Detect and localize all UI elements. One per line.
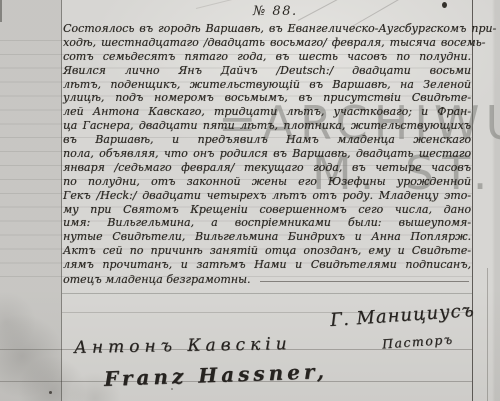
record-body: Состоялось въ городѣ Варшавѣ, въ Евангел… [63, 22, 471, 286]
manuscript-line: Явился лично Янъ Дайчъ /Deutsch:/ двадца… [63, 64, 471, 78]
manuscript-line: пола, объявляя, что онъ родился въ Варша… [63, 147, 471, 161]
manuscript-line: отецъ младенца безграмотны. [63, 272, 471, 286]
witness-signature-1: Антонъ Кавскіи [74, 334, 292, 358]
page-edge-mark [0, 0, 2, 22]
ruled-line [62, 293, 472, 294]
manuscript-line: лей Антона Кавскаго, тридцати лѣтъ, учас… [63, 105, 471, 119]
manuscript-line: лѣтъ, поденщикъ, жительствующій въ Варша… [63, 78, 471, 92]
manuscript-line: лямъ прочитанъ, и затѣмъ Нами и Свидѣтел… [63, 258, 471, 272]
paper-crease [298, 0, 382, 21]
right-margin-rule [472, 0, 473, 401]
manuscript-line: января /седьмаго февраля/ текущаго года,… [63, 161, 471, 175]
manuscript-line: Актъ сей по причинѣ занятій отца опоздан… [63, 244, 471, 258]
ink-blot [442, 2, 447, 8]
manuscript-line: Гекъ /Heck:/ двадцати четырехъ лѣтъ отъ … [63, 189, 471, 203]
manuscript-line: ходѣ, шестнадцатаго /двадцать восьмаго/ … [63, 36, 471, 50]
filler-line [260, 281, 469, 282]
left-margin-rule [61, 0, 62, 401]
manuscript-line: въ Варшавѣ, и предъявилъ Намъ младенца ж… [63, 133, 471, 147]
record-number: № 88. [253, 4, 298, 19]
manuscript-line: сотъ семьдесятъ пятаго года, въ шесть ча… [63, 50, 471, 64]
witness-signature-2: Franz Hassner, [104, 359, 329, 391]
manuscript-line: му при Святомъ Крещеніи совершенномъ сег… [63, 203, 471, 217]
manuscript-line: Состоялось въ городѣ Варшавѣ, въ Евангел… [63, 22, 471, 36]
manuscript-line: нутые Свидѣтели, Вильгельмина Биндрихъ и… [63, 230, 471, 244]
right-margin-rule-2 [487, 268, 488, 401]
manuscript-line-text: отецъ младенца безграмотны. [63, 273, 250, 286]
manuscript-line: имя: Вильгельмина, а воспріемниками были… [63, 216, 471, 230]
manuscript-line: по полудни, отъ законной жены его Юзефин… [63, 175, 471, 189]
scanned-document-page: =ARCHIWUM M. ST. № 88. Состоялось въ гор… [0, 0, 500, 401]
ink-speck [49, 391, 52, 394]
manuscript-line: ца Гаснера, двадцати пяти лѣтъ, плотника… [63, 119, 471, 133]
manuscript-line: улицѣ, подъ номеромъ восьмымъ, въ присут… [63, 91, 471, 105]
pastor-signature: Г. Манициусъ [329, 300, 475, 331]
